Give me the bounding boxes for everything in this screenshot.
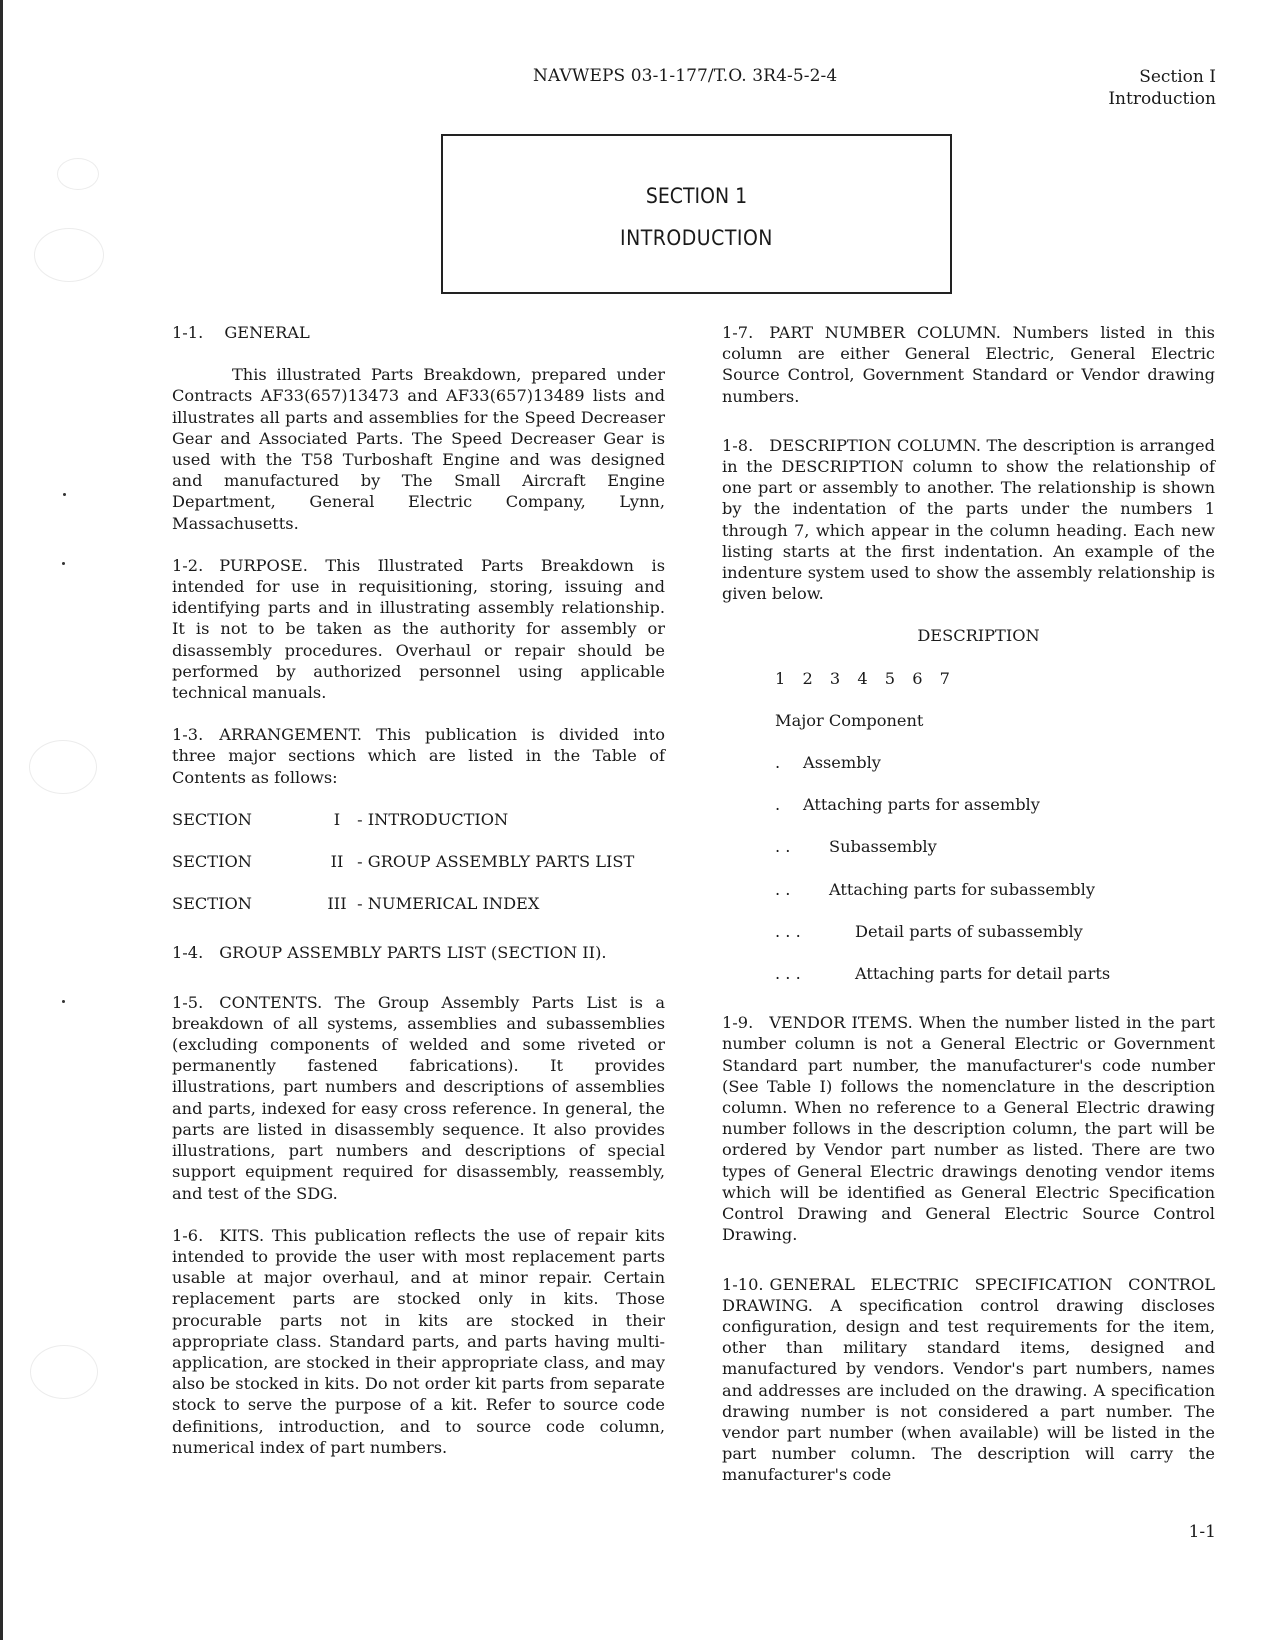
indenture-item-label: Attaching parts for assembly bbox=[803, 795, 1040, 814]
paragraph-body: The Group Assembly Parts List is a break… bbox=[172, 993, 665, 1203]
indenture-item: . .Attaching parts for subassembly bbox=[775, 879, 1215, 900]
toc-roman: I bbox=[322, 809, 352, 830]
paragraph-1-6: 1-6.KITS. This publication reflects the … bbox=[172, 1225, 665, 1458]
toc-label: SECTION bbox=[172, 851, 322, 872]
paragraph-number: 1-5. bbox=[172, 993, 203, 1012]
toc-title: - GROUP ASSEMBLY PARTS LIST bbox=[357, 852, 634, 871]
paragraph-heading: CONTENTS. bbox=[219, 993, 322, 1012]
left-column: 1-1. GENERAL This illustrated Parts Brea… bbox=[172, 322, 665, 1479]
document-number: NAVWEPS 03-1-177/T.O. 3R4-5-2-4 bbox=[533, 66, 837, 86]
paragraph-heading: KITS. bbox=[219, 1226, 264, 1245]
paragraph-body: This Illustrated Parts Breakdown is inte… bbox=[172, 556, 665, 702]
paragraph-heading: GROUP ASSEMBLY PARTS LIST (SECTION II). bbox=[219, 943, 606, 962]
description-indenture-example: DESCRIPTION 1 2 3 4 5 6 7 Major Componen… bbox=[722, 625, 1215, 984]
paragraph-1-1-heading: 1-1. GENERAL bbox=[172, 322, 665, 343]
toc-roman: III bbox=[322, 893, 352, 914]
indenture-item-label: Attaching parts for detail parts bbox=[855, 964, 1110, 983]
section-title-box: SECTION 1 INTRODUCTION bbox=[441, 134, 952, 294]
paragraph-number: 1-8. bbox=[722, 436, 753, 455]
right-column: 1-7.PART NUMBER COLUMN. Numbers listed i… bbox=[722, 322, 1215, 1507]
scan-speck bbox=[62, 1000, 65, 1003]
paragraph-body: When the number listed in the part numbe… bbox=[722, 1013, 1215, 1244]
indenture-item: Major Component bbox=[775, 710, 1215, 731]
toc-roman: II bbox=[322, 851, 352, 872]
indenture-item: .Assembly bbox=[775, 752, 1215, 773]
paragraph-1-7: 1-7.PART NUMBER COLUMN. Numbers listed i… bbox=[722, 322, 1215, 407]
toc-entry-section-3: SECTIONIII - NUMERICAL INDEX bbox=[172, 893, 665, 914]
running-header: Section I Introduction bbox=[1108, 66, 1216, 110]
indenture-item: . . .Attaching parts for detail parts bbox=[775, 963, 1215, 984]
indenture-item: .Attaching parts for assembly bbox=[775, 794, 1215, 815]
paragraph-body: The description is arranged in the DESCR… bbox=[722, 436, 1215, 603]
paragraph-heading: PART NUMBER COLUMN. bbox=[769, 323, 1001, 342]
paragraph-heading: GENERAL bbox=[224, 323, 309, 342]
toc-title: - NUMERICAL INDEX bbox=[357, 894, 539, 913]
paragraph-number: 1-4. bbox=[172, 943, 203, 962]
punch-hole bbox=[57, 158, 99, 190]
paragraph-1-3: 1-3.ARRANGEMENT. This publication is div… bbox=[172, 724, 665, 788]
scan-speck bbox=[63, 493, 66, 496]
paragraph-heading: ARRANGEMENT. bbox=[219, 725, 362, 744]
toc-label: SECTION bbox=[172, 893, 322, 914]
scan-speck bbox=[62, 562, 65, 565]
punch-hole bbox=[29, 740, 97, 794]
toc-entry-section-1: SECTIONI - INTRODUCTION bbox=[172, 809, 665, 830]
paragraph-heading: PURPOSE. bbox=[219, 556, 308, 575]
page-number: 1-1 bbox=[1189, 1522, 1216, 1542]
indenture-dots: . bbox=[775, 752, 803, 773]
punch-hole bbox=[30, 1345, 98, 1399]
paragraph-1-5: 1-5.CONTENTS. The Group Assembly Parts L… bbox=[172, 992, 665, 1204]
paragraph-number: 1-3. bbox=[172, 725, 203, 744]
toc-entry-section-2: SECTIONII - GROUP ASSEMBLY PARTS LIST bbox=[172, 851, 665, 872]
paragraph-number: 1-9. bbox=[722, 1013, 753, 1032]
indenture-item: . . .Detail parts of subassembly bbox=[775, 921, 1215, 942]
section-heading: SECTION 1 bbox=[443, 184, 950, 208]
indenture-dots: . bbox=[775, 794, 803, 815]
paragraph-body: A specification control drawing disclose… bbox=[722, 1296, 1215, 1485]
paragraph-number: 1-10. bbox=[722, 1275, 764, 1294]
section-label: Section I bbox=[1108, 66, 1216, 88]
indenture-dots: . . . bbox=[775, 963, 855, 984]
description-example-title: DESCRIPTION bbox=[722, 625, 1215, 646]
toc-label: SECTION bbox=[172, 809, 322, 830]
punch-hole bbox=[34, 228, 104, 282]
indenture-dots: . . bbox=[775, 836, 829, 857]
section-subheading: INTRODUCTION bbox=[443, 226, 950, 250]
paragraph-1-2: 1-2.PURPOSE. This Illustrated Parts Brea… bbox=[172, 555, 665, 703]
indenture-item-label: Major Component bbox=[775, 711, 923, 730]
toc-title: - INTRODUCTION bbox=[357, 810, 508, 829]
paragraph-number: 1-7. bbox=[722, 323, 753, 342]
paragraph-number: 1-1. bbox=[172, 323, 203, 342]
indenture-level-numbers: 1 2 3 4 5 6 7 bbox=[775, 668, 1215, 689]
indenture-item: . .Subassembly bbox=[775, 836, 1215, 857]
paragraph-1-10: 1-10.GENERAL ELECTRIC SPECIFICATION CONT… bbox=[722, 1274, 1215, 1486]
indenture-item-label: Attaching parts for subassembly bbox=[829, 880, 1095, 899]
section-title-label: Introduction bbox=[1108, 88, 1216, 110]
indenture-dots: . . bbox=[775, 879, 829, 900]
paragraph-1-1: This illustrated Parts Breakdown, prepar… bbox=[172, 364, 665, 534]
indenture-dots: . . . bbox=[775, 921, 855, 942]
indenture-item-label: Detail parts of subassembly bbox=[855, 922, 1083, 941]
indenture-item-label: Assembly bbox=[803, 753, 881, 772]
indenture-item-label: Subassembly bbox=[829, 837, 937, 856]
paragraph-number: 1-6. bbox=[172, 1226, 203, 1245]
paragraph-heading: VENDOR ITEMS. bbox=[769, 1013, 913, 1032]
paragraph-1-9: 1-9.VENDOR ITEMS. When the number listed… bbox=[722, 1012, 1215, 1245]
paragraph-1-8: 1-8.DESCRIPTION COLUMN. The description … bbox=[722, 435, 1215, 605]
paragraph-1-4: 1-4.GROUP ASSEMBLY PARTS LIST (SECTION I… bbox=[172, 942, 665, 963]
scan-edge bbox=[0, 0, 3, 1640]
paragraph-body: This publication reflects the use of rep… bbox=[172, 1226, 665, 1457]
paragraph-number: 1-2. bbox=[172, 556, 203, 575]
paragraph-heading: DESCRIPTION COLUMN. bbox=[769, 436, 981, 455]
